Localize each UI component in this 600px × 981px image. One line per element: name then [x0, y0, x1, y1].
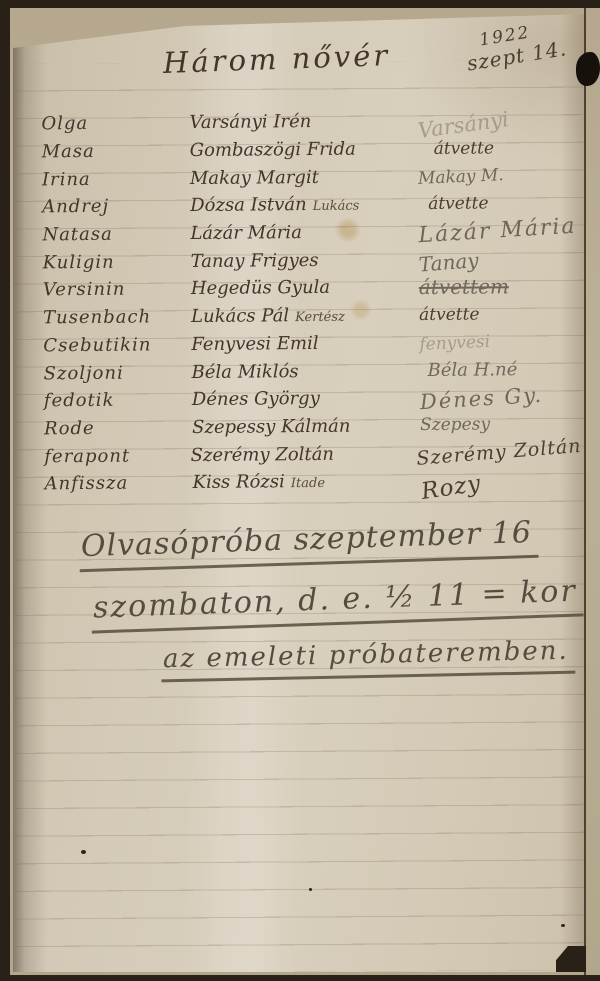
cast-signature: Dénes Gy.: [419, 380, 581, 414]
cast-actor: Hegedüs Gyula: [191, 277, 419, 300]
cast-list: Olga Varsányi Irén Varsányi Masa Gombasz…: [41, 106, 581, 498]
cast-actor-insertion: Kertész: [295, 310, 345, 325]
cast-actor: Szepessy Kálmán: [192, 415, 420, 438]
cast-role: Versinin: [43, 279, 191, 301]
cast-actor-insertion: Lukács: [313, 199, 360, 214]
cast-actor-name: Béla Miklós: [192, 361, 299, 383]
cast-role: Olga: [41, 112, 189, 134]
cast-actor-name: Varsányi Irén: [189, 111, 311, 133]
cast-actor-name: Dózsa István: [190, 194, 307, 216]
cast-actor: Béla Miklós: [192, 360, 420, 383]
ink-speck: [81, 850, 86, 854]
cast-actor: Szerémy Zoltán: [191, 443, 417, 466]
cast-actor: Kiss RózsiItade: [192, 470, 420, 493]
cast-actor: Lázár Mária: [190, 221, 418, 244]
cast-actor-name: Fenyvesi Emil: [191, 333, 318, 355]
cast-actor: Dózsa IstvánLukács: [190, 193, 418, 216]
cast-actor-insertion: Itade: [291, 476, 325, 491]
cast-row: Anfissza Kiss RózsiItade Rozy: [44, 466, 581, 498]
cast-actor-name: Hegedüs Gyula: [191, 277, 330, 299]
cast-actor-name: Makay Margit: [190, 167, 319, 189]
cast-actor: Lukács PálKertész: [191, 304, 419, 327]
ink-speck: [309, 888, 312, 891]
cast-signature: átvette: [419, 303, 580, 324]
cast-role: Csebutikin: [43, 334, 191, 356]
cast-actor: Makay Margit: [190, 166, 418, 189]
cast-signature: fenyvesi: [419, 328, 581, 355]
cast-signature: Béla H.né: [428, 358, 581, 380]
cast-role: Irina: [42, 168, 190, 190]
cast-actor: Dénes György: [192, 387, 420, 410]
cast-actor-name: Lukács Pál: [191, 305, 289, 327]
cast-role: Natasa: [42, 223, 190, 245]
cast-role: fedotik: [44, 389, 192, 411]
cast-signature: Makay M.: [418, 162, 580, 189]
cast-actor: Fenyvesi Emil: [191, 332, 419, 355]
cast-actor-name: Lázár Mária: [190, 222, 302, 244]
cast-role: Szoljoni: [44, 362, 192, 384]
cast-actor-name: Szepessy Kálmán: [192, 416, 351, 438]
cast-actor: Gombaszögi Frida: [190, 138, 418, 161]
cast-role: Anfissza: [44, 472, 192, 494]
notebook-page: Három nővér 1922 szept 14. Olga Varsányi…: [13, 2, 586, 972]
cast-actor: Varsányi Irén: [189, 110, 417, 133]
cast-signature: átvettem: [419, 274, 580, 299]
cast-role: Masa: [42, 140, 190, 162]
cast-actor-name: Kiss Rózsi: [192, 472, 284, 494]
cast-actor-name: Tanay Frigyes: [191, 250, 319, 272]
cast-actor-name: Dénes György: [192, 388, 320, 410]
cast-actor-name: Szerémy Zoltán: [191, 443, 335, 465]
cast-signature: átvette: [434, 137, 579, 158]
cast-actor-name: Gombaszögi Frida: [190, 139, 356, 161]
cast-actor: Tanay Frigyes: [191, 249, 419, 272]
cast-role: Kuligin: [43, 251, 191, 273]
cast-signature: Szepesy: [420, 414, 581, 435]
cast-role: ferapont: [44, 445, 190, 467]
cast-role: Tusenbach: [43, 306, 191, 328]
cast-role: Rode: [44, 417, 192, 439]
page-edge-line: [584, 8, 586, 975]
ink-speck: [561, 924, 565, 927]
cast-signature: átvette: [428, 193, 579, 214]
cast-role: Andrej: [42, 195, 190, 217]
